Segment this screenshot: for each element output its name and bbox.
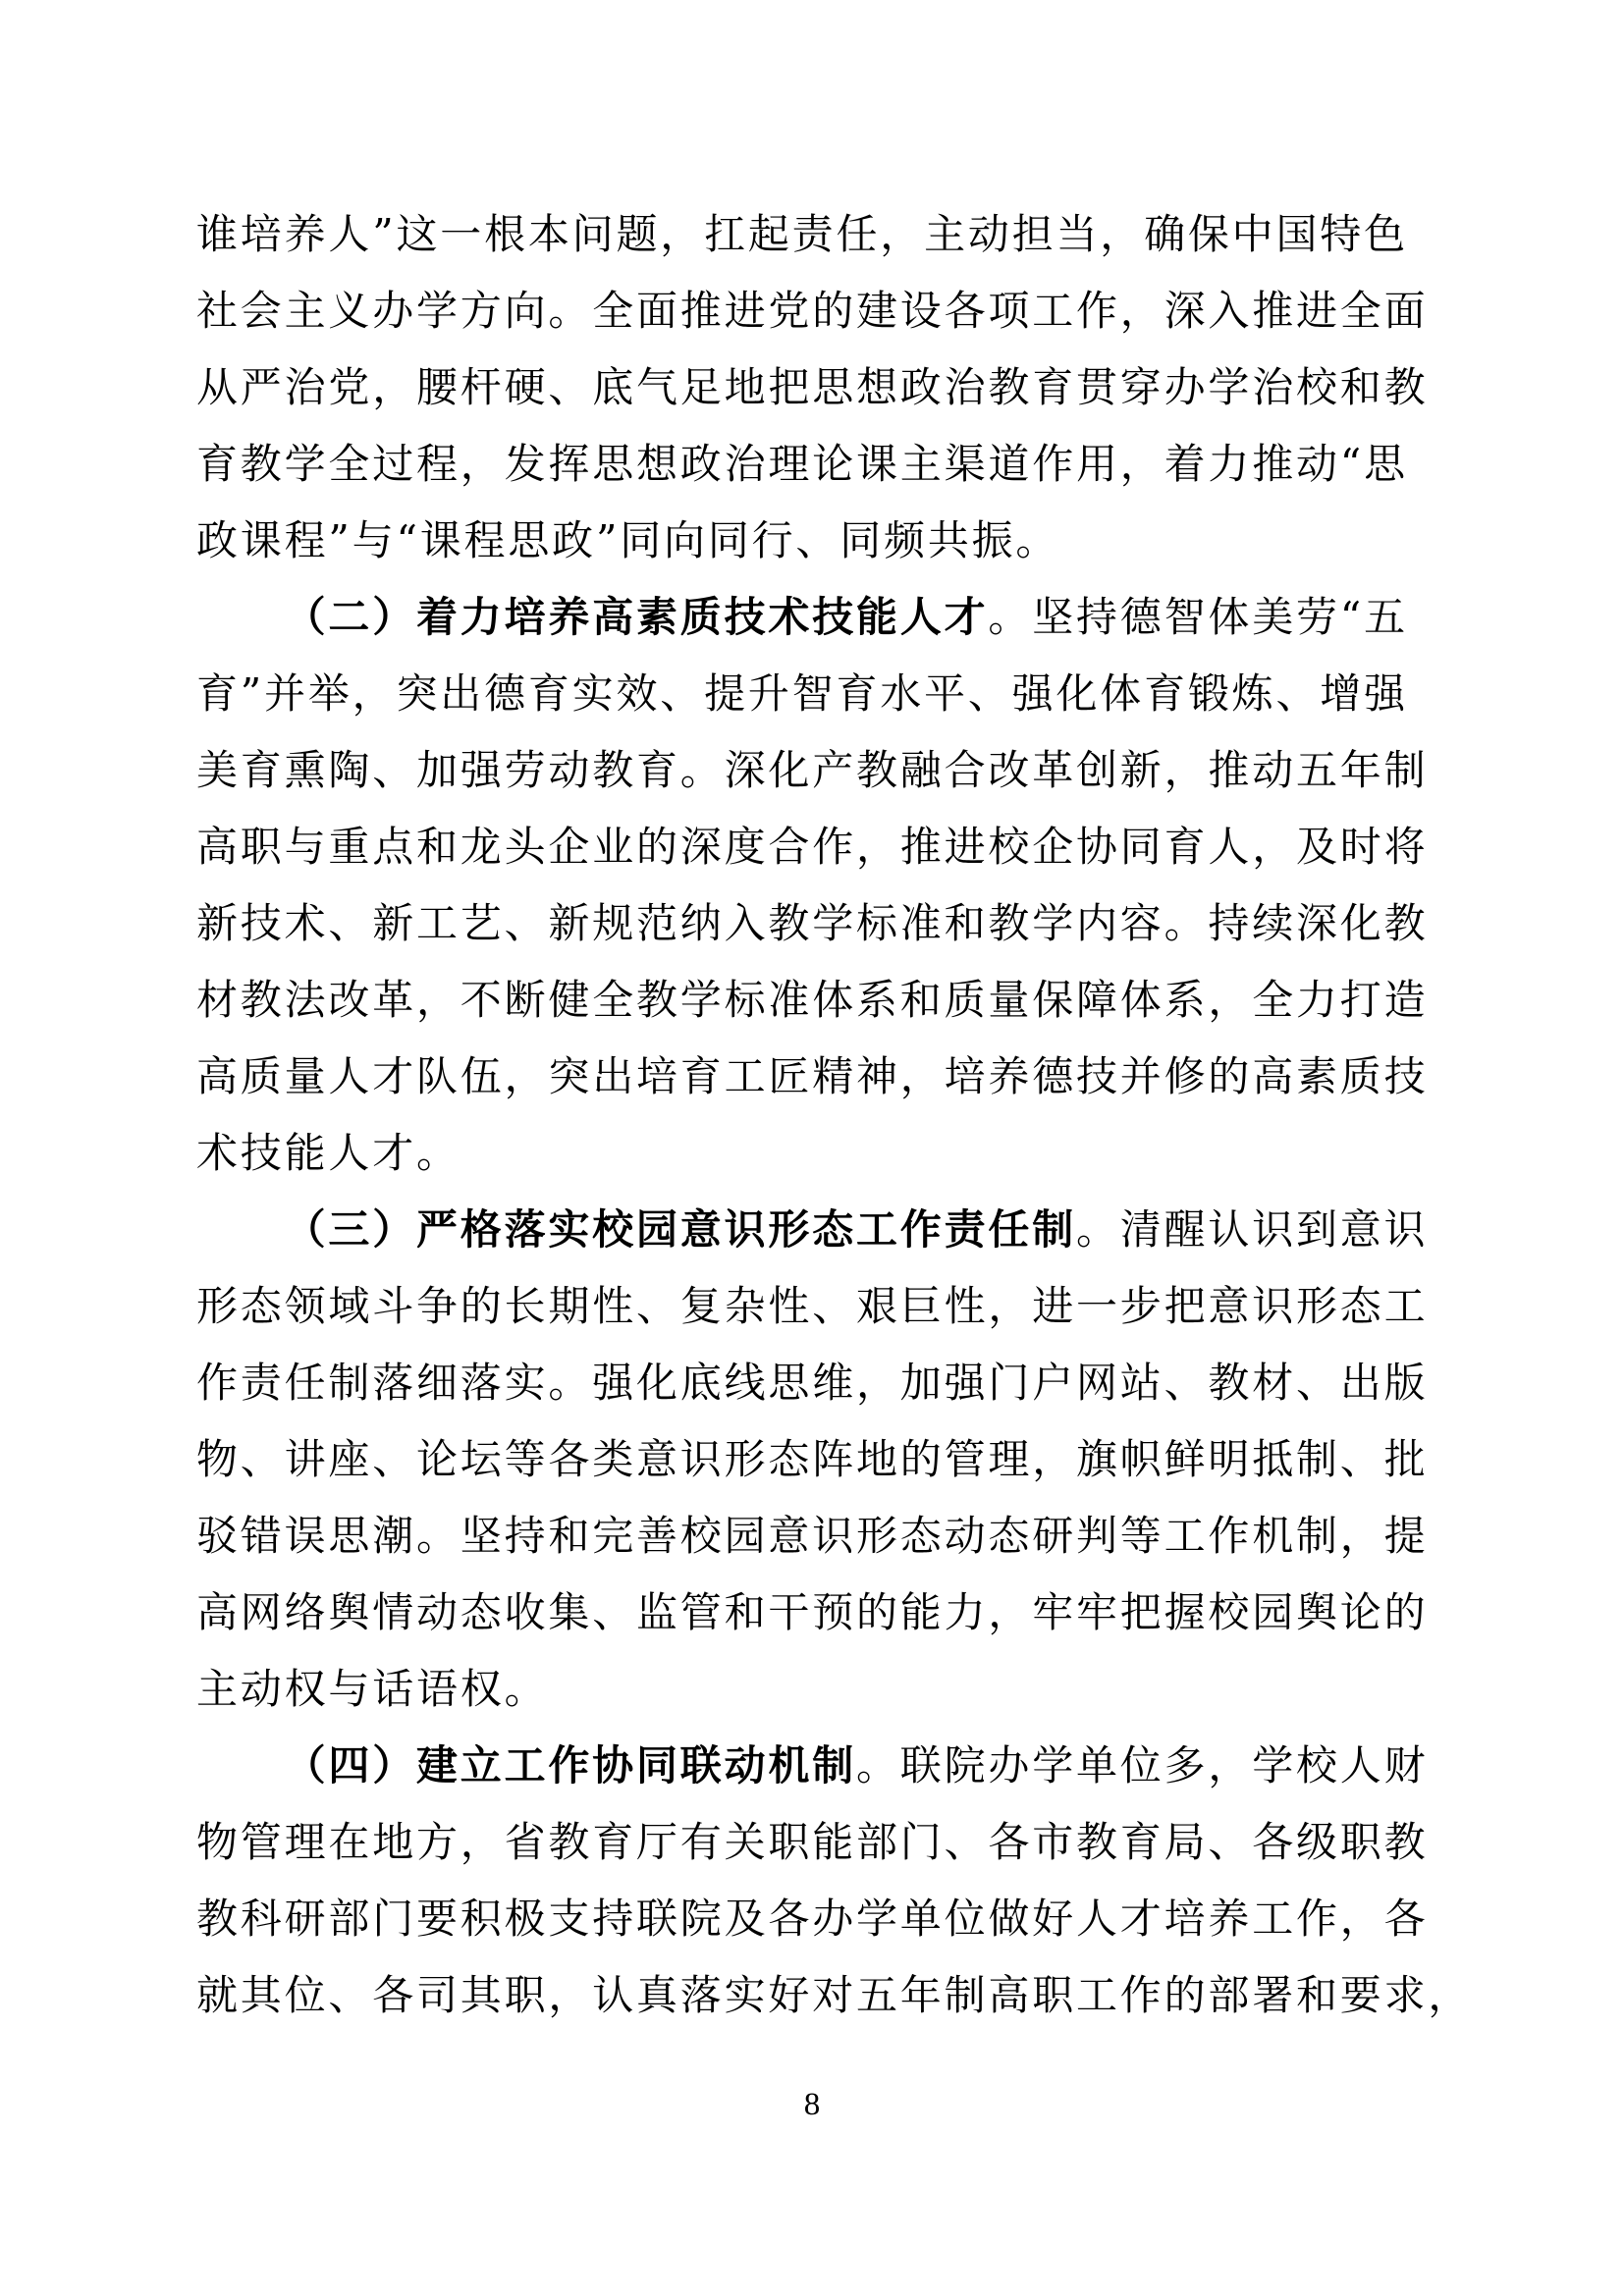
- text-line: （二）着力培养高素质技术技能人才。坚持德智体美劳“五: [196, 579, 1435, 656]
- body-text: 。坚持德智体美劳“五: [988, 593, 1407, 641]
- text-line: 高职与重点和龙头企业的深度合作，推进校企协同育人，及时将: [196, 809, 1435, 885]
- body-text: 。清醒认识到意识: [1076, 1205, 1428, 1254]
- text-line: （三）严格落实校园意识形态工作责任制。清醒认识到意识: [196, 1192, 1435, 1268]
- text-line: 主动权与话语权。: [196, 1651, 1435, 1728]
- body-text: 从严治党，腰杆硬、底气足地把思想政治教育贯穿办学治校和教: [196, 363, 1428, 411]
- body-text: 驳错误思潮。坚持和完善校园意识形态动态研判等工作机制，提: [196, 1512, 1428, 1560]
- text-line: 就其位、各司其职，认真落实好对五年制高职工作的部署和要求，: [196, 1957, 1435, 2034]
- text-line: 育教学全过程，发挥思想政治理论课主渠道作用，着力推动“思: [196, 426, 1435, 503]
- body-text: 社会主义办学方向。全面推进党的建设各项工作，深入推进全面: [196, 287, 1428, 335]
- heading-text: （三）严格落实校园意识形态工作责任制: [285, 1205, 1076, 1254]
- text-line: 教科研部门要积极支持联院及各办学单位做好人才培养工作，各: [196, 1881, 1435, 1957]
- body-text: 术技能人才。: [196, 1129, 460, 1177]
- body-text: 政课程”与“课程思政”同向同行、同频共振。: [196, 516, 1059, 564]
- body-text: 就其位、各司其职，认真落实好对五年制高职工作的部署和要求，: [196, 1971, 1472, 2019]
- text-line: （四）建立工作协同联动机制。联院办学单位多，学校人财: [196, 1728, 1435, 1804]
- text-line: 驳错误思潮。坚持和完善校园意识形态动态研判等工作机制，提: [196, 1498, 1435, 1575]
- text-line: 政课程”与“课程思政”同向同行、同频共振。: [196, 503, 1435, 579]
- body-text: 谁培养人”这一根本问题，扛起责任，主动担当，确保中国特色: [196, 210, 1408, 258]
- body-text: 作责任制落细落实。强化底线思维，加强门户网站、教材、出版: [196, 1359, 1428, 1407]
- body-text: 美育熏陶、加强劳动教育。深化产教融合改革创新，推动五年制: [196, 746, 1428, 794]
- body-text: 主动权与话语权。: [196, 1665, 548, 1713]
- body-text: 育教学全过程，发挥思想政治理论课主渠道作用，着力推动“思: [196, 440, 1408, 488]
- text-line: 育”并举，突出德育实效、提升智育水平、强化体育锻炼、增强: [196, 656, 1435, 732]
- text-line: 新技术、新工艺、新规范纳入教学标准和教学内容。持续深化教: [196, 885, 1435, 962]
- text-line: 形态领域斗争的长期性、复杂性、艰巨性，进一步把意识形态工: [196, 1268, 1435, 1345]
- text-line: 材教法改革，不断健全教学标准体系和质量保障体系，全力打造: [196, 962, 1435, 1039]
- text-line: 从严治党，腰杆硬、底气足地把思想政治教育贯穿办学治校和教: [196, 349, 1435, 426]
- heading-text: （二）着力培养高素质技术技能人才: [285, 593, 989, 641]
- body-text: 物管理在地方，省教育厅有关职能部门、各市教育局、各级职教: [196, 1818, 1428, 1866]
- text-line: 作责任制落细落实。强化底线思维，加强门户网站、教材、出版: [196, 1345, 1435, 1421]
- text-line: 术技能人才。: [196, 1115, 1435, 1192]
- text-line: 美育熏陶、加强劳动教育。深化产教融合改革创新，推动五年制: [196, 732, 1435, 809]
- text-line: 高质量人才队伍，突出培育工匠精神，培养德技并修的高素质技: [196, 1039, 1435, 1115]
- body-text: 材教法改革，不断健全教学标准体系和质量保障体系，全力打造: [196, 976, 1428, 1024]
- body-text: 物、讲座、论坛等各类意识形态阵地的管理，旗帜鲜明抵制、批: [196, 1435, 1428, 1483]
- body-text: 新技术、新工艺、新规范纳入教学标准和教学内容。持续深化教: [196, 899, 1428, 947]
- body-text: 育”并举，突出德育实效、提升智育水平、强化体育锻炼、增强: [196, 669, 1408, 718]
- text-line: 社会主义办学方向。全面推进党的建设各项工作，深入推进全面: [196, 273, 1435, 349]
- document-page: 谁培养人”这一根本问题，扛起责任，主动担当，确保中国特色社会主义办学方向。全面推…: [0, 0, 1624, 2296]
- text-block: 谁培养人”这一根本问题，扛起责任，主动担当，确保中国特色社会主义办学方向。全面推…: [196, 196, 1435, 2034]
- text-line: 物管理在地方，省教育厅有关职能部门、各市教育局、各级职教: [196, 1804, 1435, 1881]
- body-text: 。联院办学单位多，学校人财: [856, 1741, 1428, 1789]
- text-line: 物、讲座、论坛等各类意识形态阵地的管理，旗帜鲜明抵制、批: [196, 1421, 1435, 1498]
- text-line: 谁培养人”这一根本问题，扛起责任，主动担当，确保中国特色: [196, 196, 1435, 273]
- heading-text: （四）建立工作协同联动机制: [285, 1741, 856, 1789]
- body-text: 高网络舆情动态收集、监管和干预的能力，牢牢把握校园舆论的: [196, 1588, 1428, 1636]
- body-text: 形态领域斗争的长期性、复杂性、艰巨性，进一步把意识形态工: [196, 1282, 1428, 1330]
- body-text: 教科研部门要积极支持联院及各办学单位做好人才培养工作，各: [196, 1895, 1428, 1943]
- body-text: 高质量人才队伍，突出培育工匠精神，培养德技并修的高素质技: [196, 1052, 1428, 1100]
- body-text: 高职与重点和龙头企业的深度合作，推进校企协同育人，及时将: [196, 823, 1428, 871]
- text-line: 高网络舆情动态收集、监管和干预的能力，牢牢把握校园舆论的: [196, 1575, 1435, 1651]
- page-number: 8: [0, 2085, 1624, 2124]
